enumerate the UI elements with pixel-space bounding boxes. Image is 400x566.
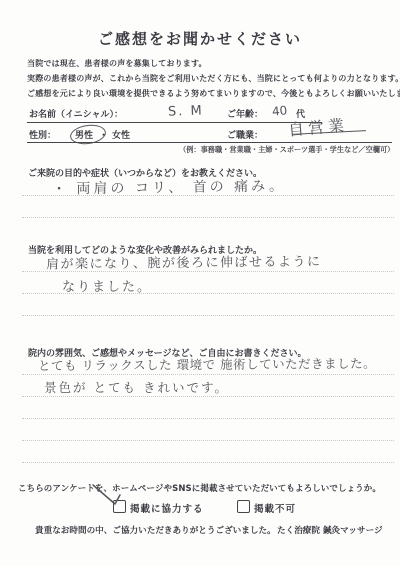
answer-line: 肩が楽になり、腕が後ろに伸ばせるように: [46, 251, 322, 273]
gender-option-female: 女性: [112, 128, 130, 141]
ruled-line: [22, 396, 394, 397]
ruled-line: [22, 462, 394, 463]
ruled-line: [22, 315, 394, 316]
footer-thanks: 貴重なお時間の中、ご協力いただきありがとうございました。: [35, 524, 276, 536]
intro-line: ご感想を元により良い環境を提供できるよう努めてまいりますので、今後ともよろしくお…: [27, 86, 400, 101]
clinic-name: たく治療院 鍼灸マッサージ: [277, 524, 383, 536]
consent-decline-label: 掲載不可: [254, 501, 296, 515]
ruled-line: [22, 195, 394, 196]
age-value: 40: [271, 103, 288, 119]
ruled-line: [22, 374, 394, 375]
consent-agree-label: 掲載に協力する: [130, 501, 204, 515]
gender-separator: ・: [99, 128, 108, 141]
occupation-label: ご職業：: [227, 128, 263, 141]
age-label: ご年齢：: [227, 107, 263, 120]
field-underline: [27, 142, 392, 143]
ruled-line: [22, 271, 394, 272]
intro-line: 実際の患者様の声が、これから当院をご利用いただく方にも、当院にとっても何よりの力…: [27, 71, 400, 86]
checkmark-icon: [92, 484, 124, 510]
name-value: S. M: [168, 103, 204, 119]
ruled-line: [22, 440, 394, 441]
ruled-line: [22, 418, 394, 419]
name-label: お名前（イニシャル）：: [29, 107, 123, 120]
occupation-value: 自営業: [287, 112, 349, 140]
intro-line: 当院では現在、患者様の声を募集しております。: [27, 56, 400, 71]
answer-line: 景色が とても きれいです。: [44, 378, 229, 396]
intro-paragraph: 当院では現在、患者様の声を募集しております。 実際の患者様の声が、これから当院を…: [27, 56, 400, 101]
form-title: ご感想をお聞かせください: [0, 28, 400, 49]
questionnaire-sheet: ご感想をお聞かせください 当院では現在、患者様の声を募集しております。 実際の患…: [0, 0, 400, 566]
consent-decline-checkbox[interactable]: [237, 500, 250, 513]
occupation-hint: （例：事務職・営業職・主婦・スポーツ選手・学生など／空欄可）: [179, 145, 394, 155]
field-underline: [27, 122, 322, 123]
ruled-line: [22, 217, 394, 218]
ruled-line: [22, 293, 394, 294]
consent-question: こちらのアンケートを、ホームページやSNSに掲載させていただいてもよろしいでしょ…: [18, 482, 381, 494]
gender-label: 性別：: [29, 128, 56, 141]
answer-line: とても リラックスした 環境で 施術していただきました。: [38, 354, 376, 374]
